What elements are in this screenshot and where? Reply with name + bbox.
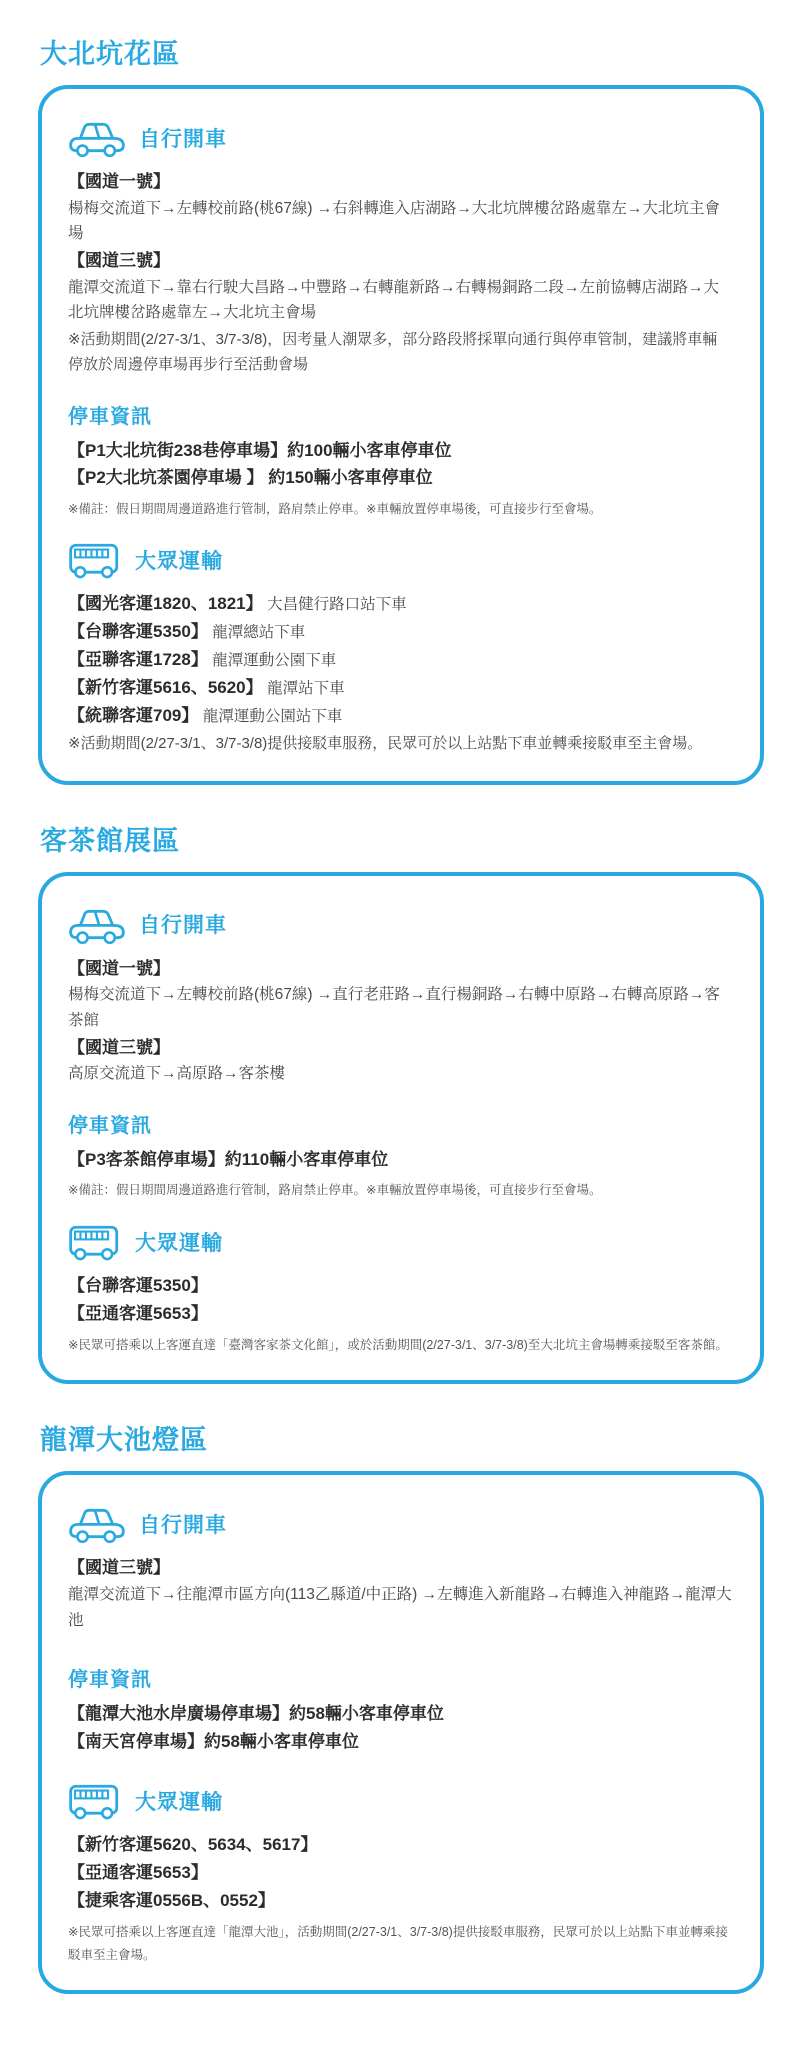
car-icon — [68, 117, 126, 158]
bus-route: 【國光客運1820、1821】 — [68, 594, 263, 613]
bus-icon — [68, 540, 122, 580]
car-icon — [68, 1503, 126, 1544]
transit-item: 【亞通客運5653】 — [68, 1859, 732, 1887]
bus-route: 【亞通客運5653】 — [68, 1863, 208, 1882]
transit-heading: 大眾運輸 — [135, 1227, 223, 1257]
parking-note: ※備註：假日期間周邊道路進行管制，路肩禁止停車。※車輛放置停車場後，可直接步行至… — [68, 498, 732, 521]
zone-title: 客茶館展區 — [40, 819, 764, 858]
bus-stop: 龍潭運動公園下車 — [212, 652, 336, 669]
zone-title: 龍潭大池燈區 — [40, 1418, 764, 1457]
parking-heading: 停車資訊 — [68, 1663, 732, 1692]
transit-item: 【新竹客運5616、5620】 龍潭站下車 — [68, 674, 732, 702]
transit-heading: 大眾運輸 — [135, 1786, 223, 1816]
transit-heading-row: 大眾運輸 — [68, 1222, 732, 1262]
bus-stop: 龍潭總站下車 — [212, 624, 305, 641]
bus-route: 【亞通客運5653】 — [68, 1304, 208, 1323]
transit-list: 【新竹客運5620、5634、5617】 【亞通客運5653】 【捷乘客運055… — [68, 1831, 732, 1915]
drive-heading: 自行開車 — [139, 1509, 227, 1539]
drive-heading-row: 自行開車 — [68, 1503, 732, 1544]
transit-list: 【台聯客運5350】 【亞通客運5653】 — [68, 1272, 732, 1328]
transit-note: ※活動期間(2/27-3/1、3/7-3/8)提供接駁車服務，民眾可於以上站點下… — [68, 732, 732, 757]
parking-heading: 停車資訊 — [68, 1109, 732, 1138]
parking-heading: 停車資訊 — [68, 400, 732, 429]
bus-route: 【統聯客運709】 — [68, 706, 198, 725]
transit-list: 【國光客運1820、1821】 大昌健行路口站下車 【台聯客運5350】 龍潭總… — [68, 590, 732, 730]
transit-heading-row: 大眾運輸 — [68, 540, 732, 580]
bus-route: 【捷乘客運0556B、0552】 — [68, 1891, 275, 1910]
bus-stop: 大昌健行路口站下車 — [267, 596, 407, 613]
drive-note: ※活動期間(2/27-3/1、3/7-3/8)，因考量人潮眾多，部分路段將採單向… — [68, 328, 732, 378]
route-directions: 楊梅交流道下→左轉校前路(桃67線) →右斜轉進入店湖路→大北坑牌樓岔路處靠左→… — [68, 196, 732, 247]
transit-item: 【統聯客運709】 龍潭運動公園站下車 — [68, 702, 732, 730]
route-directions: 龍潭交流道下→靠右行駛大昌路→中豐路→右轉龍新路→右轉楊銅路二段→左前協轉店湖路… — [68, 275, 732, 326]
transit-item: 【國光客運1820、1821】 大昌健行路口站下車 — [68, 590, 732, 618]
drive-heading: 自行開車 — [139, 909, 227, 939]
zone-title: 大北坑花區 — [40, 32, 764, 71]
parking-lot: 【龍潭大池水岸廣場停車場】約58輛小客車停車位 — [68, 1700, 732, 1728]
bus-stop: 龍潭運動公園站下車 — [203, 708, 343, 725]
route-directions: 龍潭交流道下→往龍潭市區方向(113乙縣道/中正路) →左轉進入新龍路→右轉進入… — [68, 1582, 732, 1633]
zone-card: 自行開車 【國道一號】 楊梅交流道下→左轉校前路(桃67線) →右斜轉進入店湖路… — [38, 85, 764, 785]
drive-heading: 自行開車 — [139, 123, 227, 153]
parking-lot: 【P3客茶館停車場】約110輛小客車停車位 — [68, 1146, 732, 1174]
bus-stop: 龍潭站下車 — [267, 680, 345, 697]
highway-name: 【國道一號】 — [68, 955, 732, 983]
bus-route: 【台聯客運5350】 — [68, 622, 208, 641]
transit-heading-row: 大眾運輸 — [68, 1781, 732, 1821]
zone-section-longtan: 龍潭大池燈區 自行開車 【國道三號】 龍潭交流道下→往龍潭市區方向(113乙縣道… — [38, 1418, 764, 1994]
transit-item: 【台聯客運5350】 — [68, 1272, 732, 1300]
drive-heading-row: 自行開車 — [68, 904, 732, 945]
transit-item: 【新竹客運5620、5634、5617】 — [68, 1831, 732, 1859]
zone-card: 自行開車 【國道一號】 楊梅交流道下→左轉校前路(桃67線) →直行老莊路→直行… — [38, 872, 764, 1385]
route-directions: 楊梅交流道下→左轉校前路(桃67線) →直行老莊路→直行楊銅路→右轉中原路→右轉… — [68, 982, 732, 1033]
bus-route: 【新竹客運5620、5634、5617】 — [68, 1835, 317, 1854]
transit-note: ※民眾可搭乘以上客運直達「龍潭大池」，活動期間(2/27-3/1、3/7-3/8… — [68, 1921, 732, 1966]
transit-heading: 大眾運輸 — [135, 545, 223, 575]
bus-route: 【新竹客運5616、5620】 — [68, 678, 263, 697]
transit-item: 【亞通客運5653】 — [68, 1300, 732, 1328]
bus-icon — [68, 1781, 122, 1821]
transit-note: ※民眾可搭乘以上客運直達「臺灣客家茶文化館」，或於活動期間(2/27-3/1、3… — [68, 1334, 732, 1357]
zone-section-kechaguan: 客茶館展區 自行開車 【國道一號】 楊梅交流道下→左轉校前路(桃67線) →直行… — [38, 819, 764, 1385]
drive-heading-row: 自行開車 — [68, 117, 732, 158]
transit-item: 【捷乘客運0556B、0552】 — [68, 1887, 732, 1915]
bus-route: 【台聯客運5350】 — [68, 1276, 208, 1295]
highway-name: 【國道三號】 — [68, 247, 732, 275]
transit-item: 【亞聯客運1728】 龍潭運動公園下車 — [68, 646, 732, 674]
car-icon — [68, 904, 126, 945]
route-directions: 高原交流道下→高原路→客茶樓 — [68, 1061, 732, 1087]
bus-route: 【亞聯客運1728】 — [68, 650, 208, 669]
highway-name: 【國道三號】 — [68, 1034, 732, 1062]
parking-lot: 【南天宮停車場】約58輛小客車停車位 — [68, 1728, 732, 1756]
parking-note: ※備註：假日期間周邊道路進行管制，路肩禁止停車。※車輛放置停車場後，可直接步行至… — [68, 1179, 732, 1202]
highway-name: 【國道一號】 — [68, 168, 732, 196]
parking-lot: 【P1大北坑街238巷停車場】約100輛小客車停車位 — [68, 437, 732, 465]
zone-card: 自行開車 【國道三號】 龍潭交流道下→往龍潭市區方向(113乙縣道/中正路) →… — [38, 1471, 764, 1994]
bus-icon — [68, 1222, 122, 1262]
parking-lot: 【P2大北坑茶園停車場 】 約150輛小客車停車位 — [68, 464, 732, 492]
transit-item: 【台聯客運5350】 龍潭總站下車 — [68, 618, 732, 646]
highway-name: 【國道三號】 — [68, 1554, 732, 1582]
zone-section-dabeikeng: 大北坑花區 自行開車 【國道一號】 楊梅交流道下→左轉校前路(桃67線) →右斜… — [38, 32, 764, 785]
